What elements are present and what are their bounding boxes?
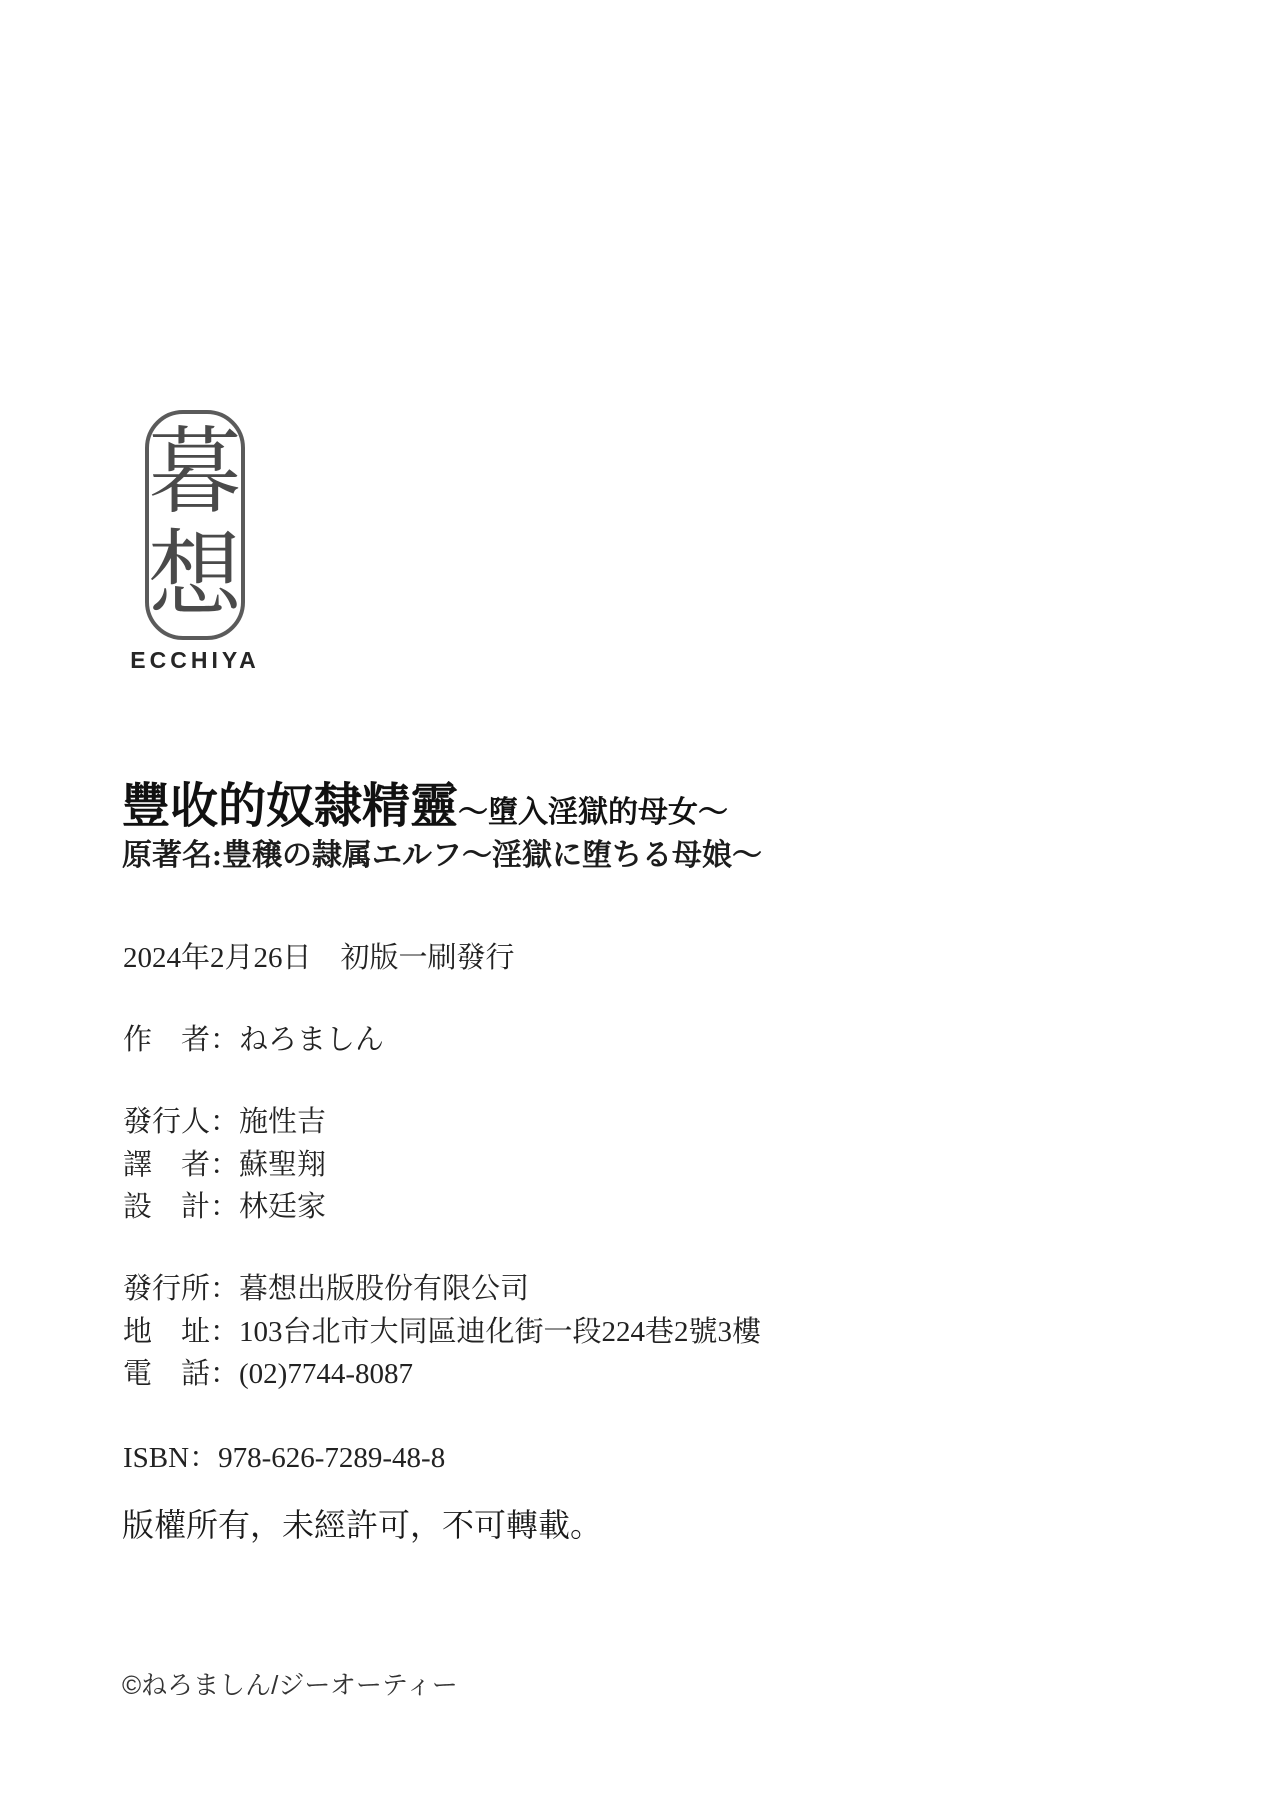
address-row: 地 址：103台北市大同區迪化街一段224巷2號3樓 bbox=[123, 1315, 761, 1350]
author-label: 作 者： bbox=[123, 1024, 239, 1056]
publisher-office-row: 發行所：暮想出版股份有限公司 bbox=[123, 1272, 529, 1307]
rights-statement: 版權所有，未經許可，不可轉載。 bbox=[122, 1505, 602, 1545]
designer-value: 林廷家 bbox=[239, 1191, 326, 1223]
book-title-main: 豐收的奴隸精靈 bbox=[122, 780, 458, 833]
phone-label: 電 話： bbox=[123, 1358, 239, 1390]
seal-character-bottom: 想 bbox=[148, 525, 242, 628]
designer-row: 設 計：林廷家 bbox=[123, 1190, 326, 1225]
designer-label: 設 計： bbox=[123, 1191, 239, 1223]
translator-value: 蘇聖翔 bbox=[239, 1149, 326, 1181]
publisher-person-label: 發行人： bbox=[123, 1106, 239, 1138]
publisher-person-row: 發行人：施性吉 bbox=[123, 1105, 326, 1140]
address-value: 103台北市大同區迪化街一段224巷2號3樓 bbox=[239, 1316, 761, 1348]
publisher-brand-name: ECCHIYA bbox=[113, 646, 277, 674]
phone-row: 電 話：(02)7744-8087 bbox=[123, 1357, 413, 1392]
colophon-page: 暮 想 ECCHIYA 豐收的奴隸精靈～墮入淫獄的母女～ 原著名:豊穣の隷属エル… bbox=[0, 0, 1280, 1816]
copyright-credit: ©ねろましん/ジーオーティー bbox=[122, 1669, 458, 1701]
publisher-office-value: 暮想出版股份有限公司 bbox=[239, 1273, 529, 1305]
translator-label: 譯 者： bbox=[123, 1149, 239, 1181]
edition-date-line: 2024年2月26日 初版一刷發行 bbox=[123, 941, 515, 976]
book-title-subtitle: ～墮入淫獄的母女～ bbox=[458, 796, 728, 829]
publisher-seal-logo: 暮 想 bbox=[145, 410, 245, 640]
translator-row: 譯 者：蘇聖翔 bbox=[123, 1148, 326, 1183]
publisher-person-value: 施性吉 bbox=[239, 1106, 326, 1138]
seal-character-top: 暮 bbox=[148, 422, 242, 525]
original-title: 原著名:豊穣の隷属エルフ～淫獄に堕ちる母娘～ bbox=[122, 838, 762, 874]
author-row: 作 者：ねろましん bbox=[123, 1023, 384, 1058]
publisher-office-label: 發行所： bbox=[123, 1273, 239, 1305]
book-title: 豐收的奴隸精靈～墮入淫獄的母女～ bbox=[122, 779, 728, 835]
isbn-value: 978-626-7289-48-8 bbox=[218, 1442, 445, 1474]
isbn-label: ISBN： bbox=[123, 1442, 218, 1474]
address-label: 地 址： bbox=[123, 1316, 239, 1348]
author-value: ねろましん bbox=[239, 1024, 384, 1056]
isbn-row: ISBN：978-626-7289-48-8 bbox=[123, 1441, 445, 1476]
phone-value: (02)7744-8087 bbox=[239, 1358, 413, 1390]
